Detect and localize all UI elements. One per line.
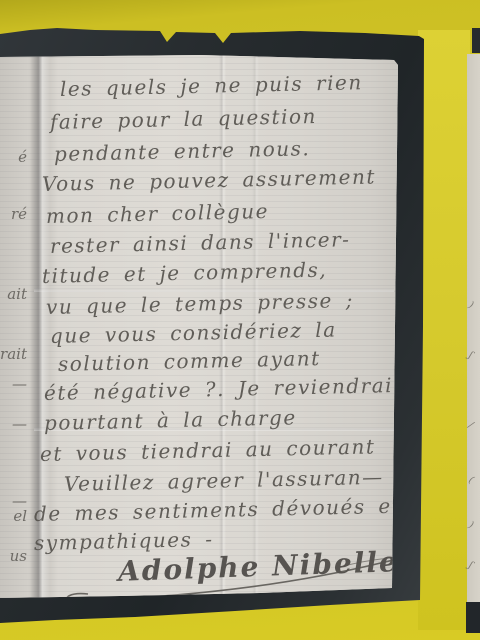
text-fragment: us [10, 547, 27, 565]
letter-line: mon cher collègue [46, 199, 269, 228]
handwriting-stroke: ) [467, 300, 476, 312]
letter-line: de mes sentiments dévoués et [34, 494, 402, 526]
adjacent-black-mount-corner-bottom [466, 602, 480, 633]
letter-line: Vous ne pouvez assurement [42, 164, 376, 196]
letter-line: sympathiques - [34, 527, 214, 555]
text-fragment: ré [11, 205, 27, 223]
adjacent-black-mount-corner-top [472, 28, 480, 53]
handwriting-stroke: ʃ [467, 560, 475, 571]
handwriting-stroke: ) [467, 520, 476, 532]
handwriting-stroke: ( [467, 475, 476, 487]
letter-line: Veuillez agreer l'assuran— [64, 465, 384, 496]
text-fragment: — [12, 415, 27, 433]
letter-page: é ré ait rait — — — el us les quels je n… [0, 55, 398, 598]
facing-page-text-fragments: é ré ait rait — — — el us [0, 55, 30, 598]
handwriting-stroke: ʃ [467, 350, 475, 361]
letter-line: solution comme ayant [58, 346, 321, 376]
letter-line: vu que le temps presse ; [46, 288, 354, 319]
letter-line: que vous considériez la [50, 317, 337, 347]
photo-of-mounted-letter: ) ʃ / ( ) ʃ é ré ait rait — — — el us le… [0, 0, 480, 640]
letter-line: été négative ?. Je reviendrai [44, 373, 394, 405]
text-fragment: el [13, 507, 27, 525]
adjacent-letter-edge: ) ʃ / ( ) ʃ [467, 54, 480, 610]
handwriting-stroke: / [467, 420, 475, 431]
letter-line: pendante entre nous. [54, 136, 311, 166]
letter-line: titude et je comprends, [42, 258, 328, 288]
text-fragment: ait [7, 285, 27, 303]
letter-line: faire pour la question [50, 104, 317, 134]
text-fragment: — [12, 375, 27, 393]
letter-line: et vous tiendrai au courant [40, 434, 376, 466]
letter-line: les quels je ne puis rien [60, 70, 363, 101]
text-fragment: rait [0, 345, 27, 363]
text-fragment: é [18, 148, 27, 166]
yellow-background [418, 30, 470, 630]
letter-line: rester ainsi dans l'incer- [50, 227, 351, 258]
